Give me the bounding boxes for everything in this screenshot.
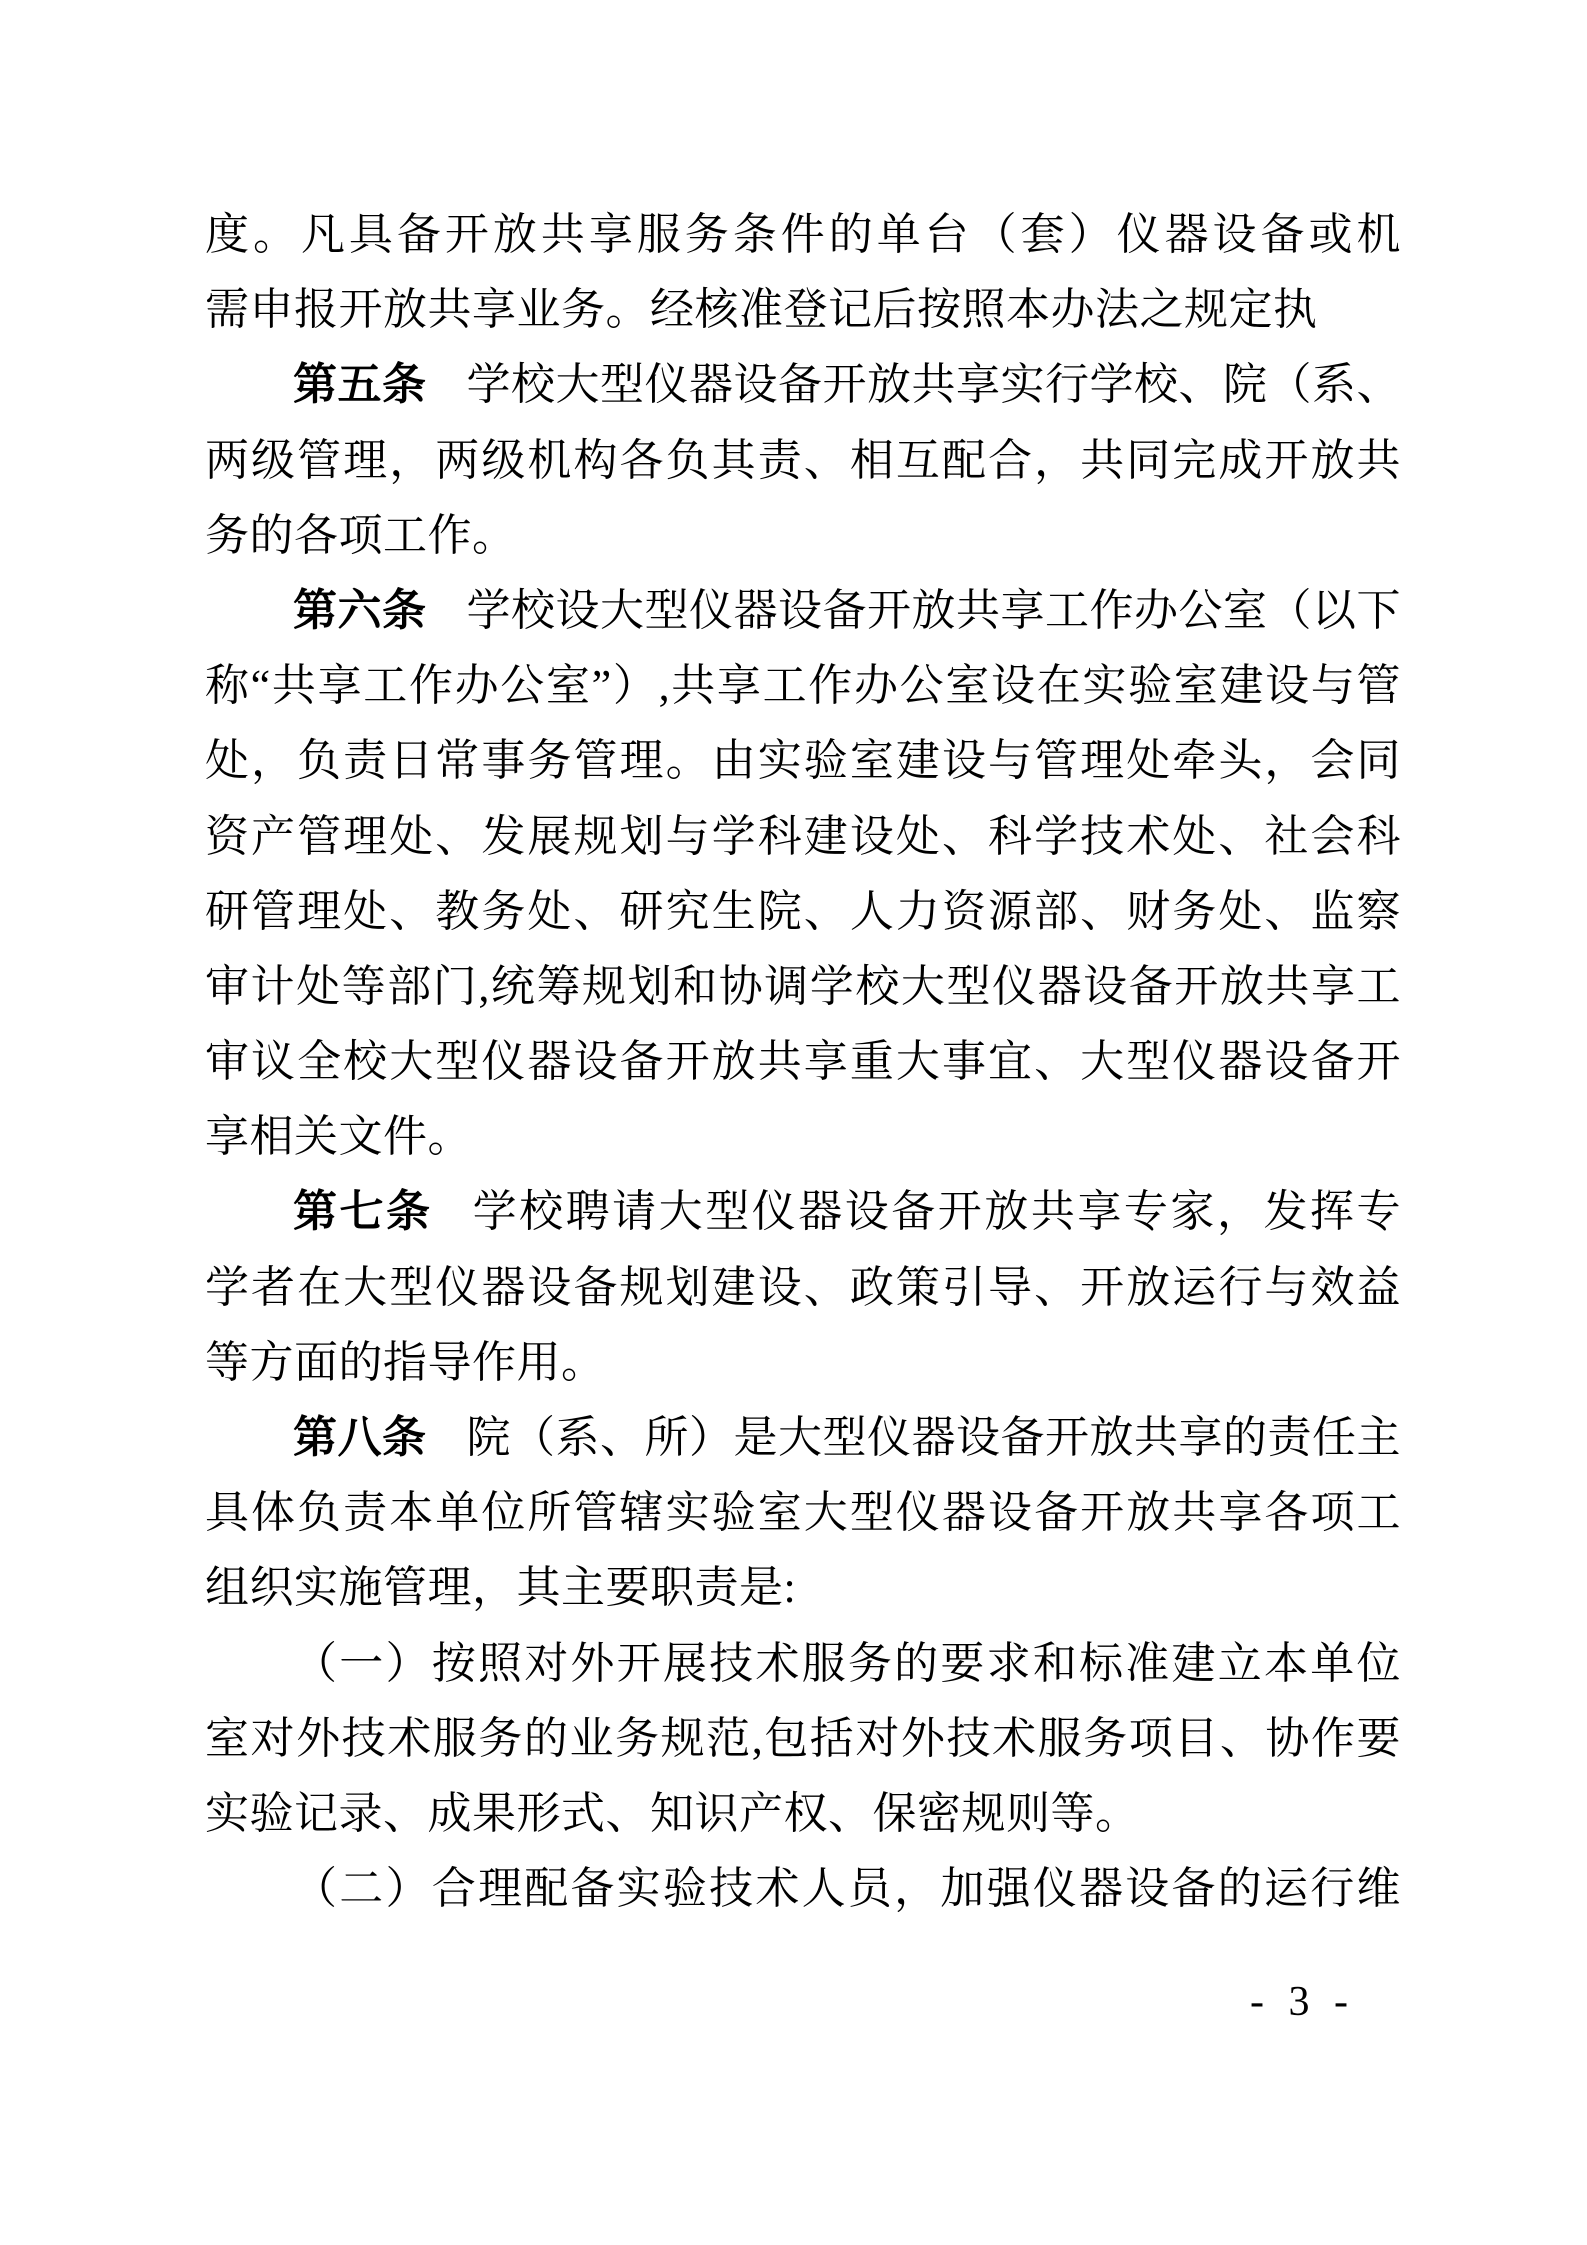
text-line: 室对外技术服务的业务规范,包括对外技术服务项目、协作要求、 [205,1701,1401,1776]
line-text: 务的各项工作。 [205,511,517,560]
text-line: （一）按照对外开展技术服务的要求和标准建立本单位实验 [205,1626,1401,1701]
text-line: 学者在大型仪器设备规划建设、政策引导、开放运行与效益考核 [205,1250,1401,1325]
text-line: 第五条学校大型仪器设备开放共享实行学校、院（系、所） [205,347,1401,422]
line-text: 需申报开放共享业务。经核准登记后按照本办法之规定执行。 [205,285,1318,347]
article-number-label: 第八条 [293,1413,427,1462]
document-body: 度。凡具备开放共享服务条件的单台（套）仪器设备或机组，均 需申报开放共享业务。经… [205,197,1401,1926]
text-line: 实验记录、成果形式、知识产权、保密规则等。 [205,1776,1401,1851]
document-page: 度。凡具备开放共享服务条件的单台（套）仪器设备或机组，均 需申报开放共享业务。经… [0,0,1587,2245]
line-text: 研管理处、教务处、研究生院、人力资源部、财务处、监察处、 [205,887,1401,949]
text-line: 具体负责本单位所管辖实验室大型仪器设备开放共享各项工作的 [205,1475,1401,1550]
article-number-label: 第七条 [293,1187,433,1236]
article-number-label: 第五条 [293,360,427,409]
line-text: 资产管理处、发展规划与学科建设处、科学技术处、社会科学科 [205,812,1401,874]
text-line: 第八条院（系、所）是大型仪器设备开放共享的责任主体， [205,1400,1401,1475]
line-text: 两级管理，两级机构各负其责、相互配合，共同完成开放共享服 [205,436,1401,498]
text-line: 度。凡具备开放共享服务条件的单台（套）仪器设备或机组，均 [205,197,1401,272]
line-text: 组织实施管理，其主要职责是: [205,1563,796,1612]
text-line: 资产管理处、发展规划与学科建设处、科学技术处、社会科学科 [205,799,1401,874]
text-line: 第六条学校设大型仪器设备开放共享工作办公室（以下简 [205,573,1401,648]
line-text: 享相关文件。 [205,1112,472,1161]
text-line: 审议全校大型仪器设备开放共享重大事宜、大型仪器设备开放共 [205,1024,1401,1099]
line-text: 审议全校大型仪器设备开放共享重大事宜、大型仪器设备开放共 [205,1037,1401,1099]
line-text: 学者在大型仪器设备规划建设、政策引导、开放运行与效益考核 [205,1263,1401,1325]
text-line: 处，负责日常事务管理。由实验室建设与管理处牵头，会同国有 [205,723,1401,798]
text-line: 第七条学校聘请大型仪器设备开放共享专家，发挥专家、 [205,1174,1401,1249]
line-text: 处，负责日常事务管理。由实验室建设与管理处牵头，会同国有 [205,736,1401,798]
line-text: 实验记录、成果形式、知识产权、保密规则等。 [205,1789,1140,1838]
line-text: （一）按照对外开展技术服务的要求和标准建立本单位实验 [205,1639,1401,1701]
text-line: 享相关文件。 [205,1099,1401,1174]
line-text: 审计处等部门,统筹规划和协调学校大型仪器设备开放共享工作, [205,962,1401,1024]
text-line: 等方面的指导作用。 [205,1325,1401,1400]
page-number: - 3 - [1250,1978,1350,2026]
article-number-label: 第六条 [293,586,427,635]
line-text: 等方面的指导作用。 [205,1338,606,1387]
text-line: 审计处等部门,统筹规划和协调学校大型仪器设备开放共享工作, [205,949,1401,1024]
text-line: 需申报开放共享业务。经核准登记后按照本办法之规定执行。 [205,272,1401,347]
text-line: 组织实施管理，其主要职责是: [205,1550,1401,1625]
line-text: 度。凡具备开放共享服务条件的单台（套）仪器设备或机组，均 [205,210,1401,272]
line-text: 室对外技术服务的业务规范,包括对外技术服务项目、协作要求、 [205,1714,1401,1776]
line-text: 具体负责本单位所管辖实验室大型仪器设备开放共享各项工作的 [205,1488,1401,1550]
line-text: （二）合理配备实验技术人员，加强仪器设备的运行维护， [205,1864,1401,1926]
text-line: （二）合理配备实验技术人员，加强仪器设备的运行维护， [205,1851,1401,1926]
text-line: 务的各项工作。 [205,498,1401,573]
text-line: 研管理处、教务处、研究生院、人力资源部、财务处、监察处、 [205,874,1401,949]
text-line: 称“共享工作办公室”）,共享工作办公室设在实验室建设与管理 [205,648,1401,723]
line-text: 称“共享工作办公室”）,共享工作办公室设在实验室建设与管理 [205,661,1401,723]
text-line: 两级管理，两级机构各负其责、相互配合，共同完成开放共享服 [205,423,1401,498]
